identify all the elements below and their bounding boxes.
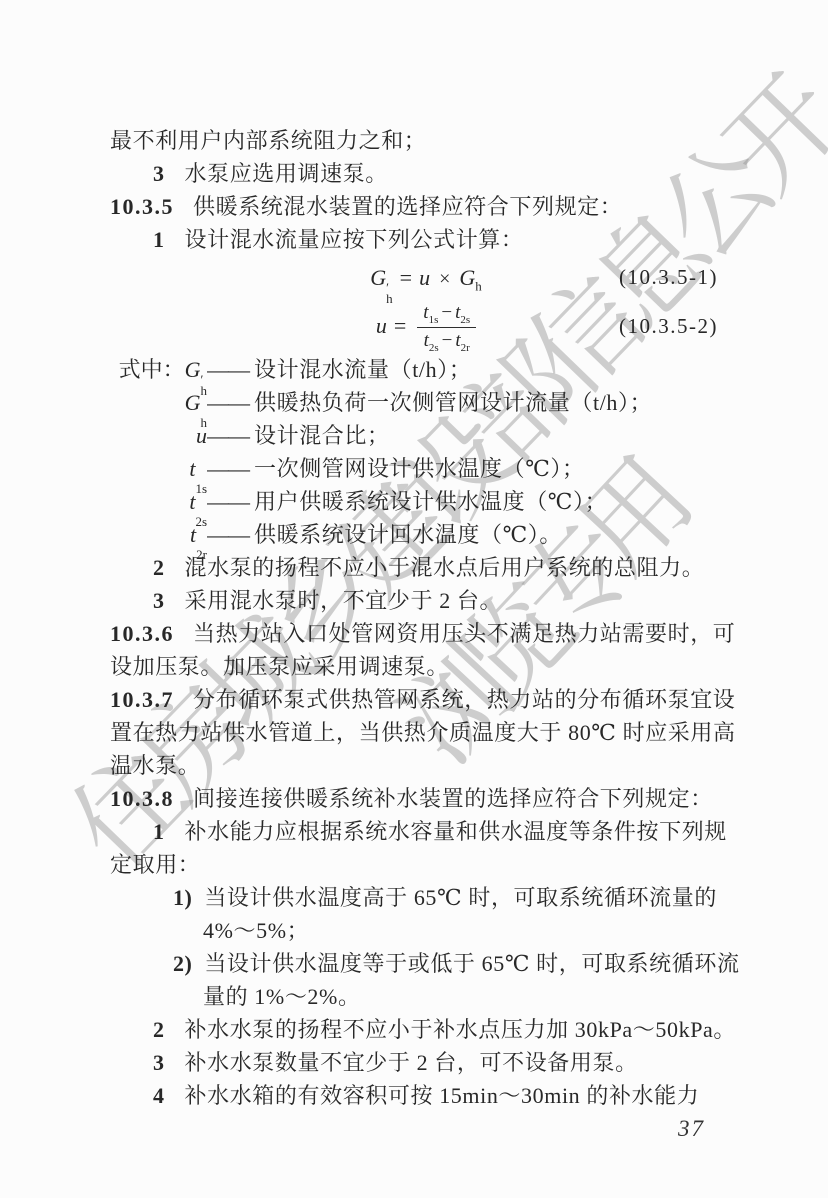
list-item-line: 3补水水泵数量不宜少于 2 台，可不设备用泵。 <box>110 1046 742 1079</box>
denominator: t2s−t2r <box>417 328 476 354</box>
sub-item-number: 1) <box>173 881 192 914</box>
dash: —— <box>207 419 254 452</box>
symbol: t2s <box>110 485 207 518</box>
text-line: 4%～5%； <box>110 914 742 947</box>
symbol-description: 一次侧管网设计供水温度（℃）； <box>254 452 742 485</box>
symbol-description: 用户供暖系统设计供水温度（℃）； <box>254 485 742 518</box>
text-line: 定取用： <box>110 848 742 881</box>
list-item-line: 1补水能力应根据系统水容量和供水温度等条件按下列规 <box>110 815 742 848</box>
text-block: 最不利用户内部系统阻力之和； 3水泵应选用调速泵。 10.3.5供暖系统混水装置… <box>110 124 742 1112</box>
list-item-line: 2混水泵的扬程不应小于混水点后用户系统的总阻力。 <box>110 551 742 584</box>
symbol-row: u —— 设计混合比； <box>110 419 742 452</box>
item-number: 3 <box>153 157 165 190</box>
item-number: 2 <box>153 1013 165 1046</box>
symbol: u <box>110 419 207 452</box>
item-number: 1 <box>153 815 165 848</box>
clause-number: 10.3.5 <box>110 190 174 223</box>
clause-heading-line: 10.3.7分布循环泵式供热管网系统，热力站的分布循环泵宜设 <box>110 683 742 716</box>
clause-number: 10.3.7 <box>110 683 174 716</box>
symbol-row: Gh —— 供暖热负荷一次侧管网设计流量（t/h）； <box>110 386 742 419</box>
formula-10-3-5-2: u=t1s−t2st2s−t2r (10.3.5-2) <box>110 299 742 353</box>
text-line: 设加压泵。加压泵应采用调速泵。 <box>110 650 742 683</box>
text-line: 量的 1%～2%。 <box>110 980 742 1013</box>
dash: —— <box>207 518 254 551</box>
clause-number: 10.3.6 <box>110 617 174 650</box>
formula-expression: u=t1s−t2st2s−t2r <box>376 313 476 338</box>
clause-heading-line: 10.3.8间接连接供暖系统补水装置的选择应符合下列规定： <box>110 782 742 815</box>
formula-10-3-5-1: G′h=u×Gh (10.3.5-1) <box>110 256 742 299</box>
symbol: t2r <box>110 518 207 551</box>
item-number: 3 <box>153 1046 165 1079</box>
symbol-description: 供暖系统设计回水温度（℃）。 <box>254 518 742 551</box>
fraction: t1s−t2st2s−t2r <box>417 302 476 355</box>
item-number: 4 <box>153 1079 165 1112</box>
symbol: Gh <box>110 386 207 419</box>
document-page: 住房城乡建设部信息公开 浏览专用 最不利用户内部系统阻力之和； 3水泵应选用调速… <box>0 0 828 1198</box>
clause-heading-line: 10.3.5供暖系统混水装置的选择应符合下列规定： <box>110 190 742 223</box>
list-item-line: 3水泵应选用调速泵。 <box>110 157 742 190</box>
sub-item-number: 2) <box>173 947 192 980</box>
list-item-line: 2补水水泵的扬程不应小于补水点压力加 30kPa～50kPa。 <box>110 1013 742 1046</box>
text-line: 温水泵。 <box>110 749 742 782</box>
list-item-line: 3采用混水泵时，不宜少于 2 台。 <box>110 584 742 617</box>
clause-heading-line: 10.3.6当热力站入口处管网资用压头不满足热力站需要时，可 <box>110 617 742 650</box>
symbol-row: t1s —— 一次侧管网设计供水温度（℃）； <box>110 452 742 485</box>
item-number: 2 <box>153 551 165 584</box>
numerator: t1s−t2s <box>417 302 476 329</box>
symbol: t1s <box>110 452 207 485</box>
dash: —— <box>207 452 254 485</box>
dash: —— <box>207 485 254 518</box>
clause-number: 10.3.8 <box>110 782 174 815</box>
list-item-line: 1设计混水流量应按下列公式计算： <box>110 223 742 256</box>
list-item-line: 4补水水箱的有效容积可按 15min～30min 的补水能力 <box>110 1079 742 1112</box>
dash: —— <box>207 353 254 386</box>
symbol-description: 设计混水流量（t/h）； <box>254 353 742 386</box>
sub-item-line: 1)当设计供水温度高于 65℃ 时，可取系统循环流量的 <box>110 881 742 914</box>
page-number: 37 <box>678 1116 705 1142</box>
symbol-description: 供暖热负荷一次侧管网设计流量（t/h）； <box>254 386 742 419</box>
formula-expression: G′h=u×Gh <box>370 265 481 290</box>
where-label: 式中： <box>119 357 185 382</box>
formula-label: (10.3.5-2) <box>619 299 718 353</box>
item-number: 3 <box>153 584 165 617</box>
symbol-row: 式中：G′h —— 设计混水流量（t/h）； <box>110 353 742 386</box>
symbol-row: t2r —— 供暖系统设计回水温度（℃）。 <box>110 518 742 551</box>
text-line: 最不利用户内部系统阻力之和； <box>110 124 742 157</box>
text-line: 置在热力站供水管道上，当供热介质温度大于 80℃ 时应采用高 <box>110 716 742 749</box>
symbol-description: 设计混合比； <box>254 419 742 452</box>
item-number: 1 <box>153 223 165 256</box>
symbol-row: t2s —— 用户供暖系统设计供水温度（℃）； <box>110 485 742 518</box>
symbol: 式中：G′h <box>110 353 207 386</box>
dash: —— <box>207 386 254 419</box>
sub-item-line: 2)当设计供水温度等于或低于 65℃ 时，可取系统循环流 <box>110 947 742 980</box>
formula-label: (10.3.5-1) <box>619 256 718 299</box>
